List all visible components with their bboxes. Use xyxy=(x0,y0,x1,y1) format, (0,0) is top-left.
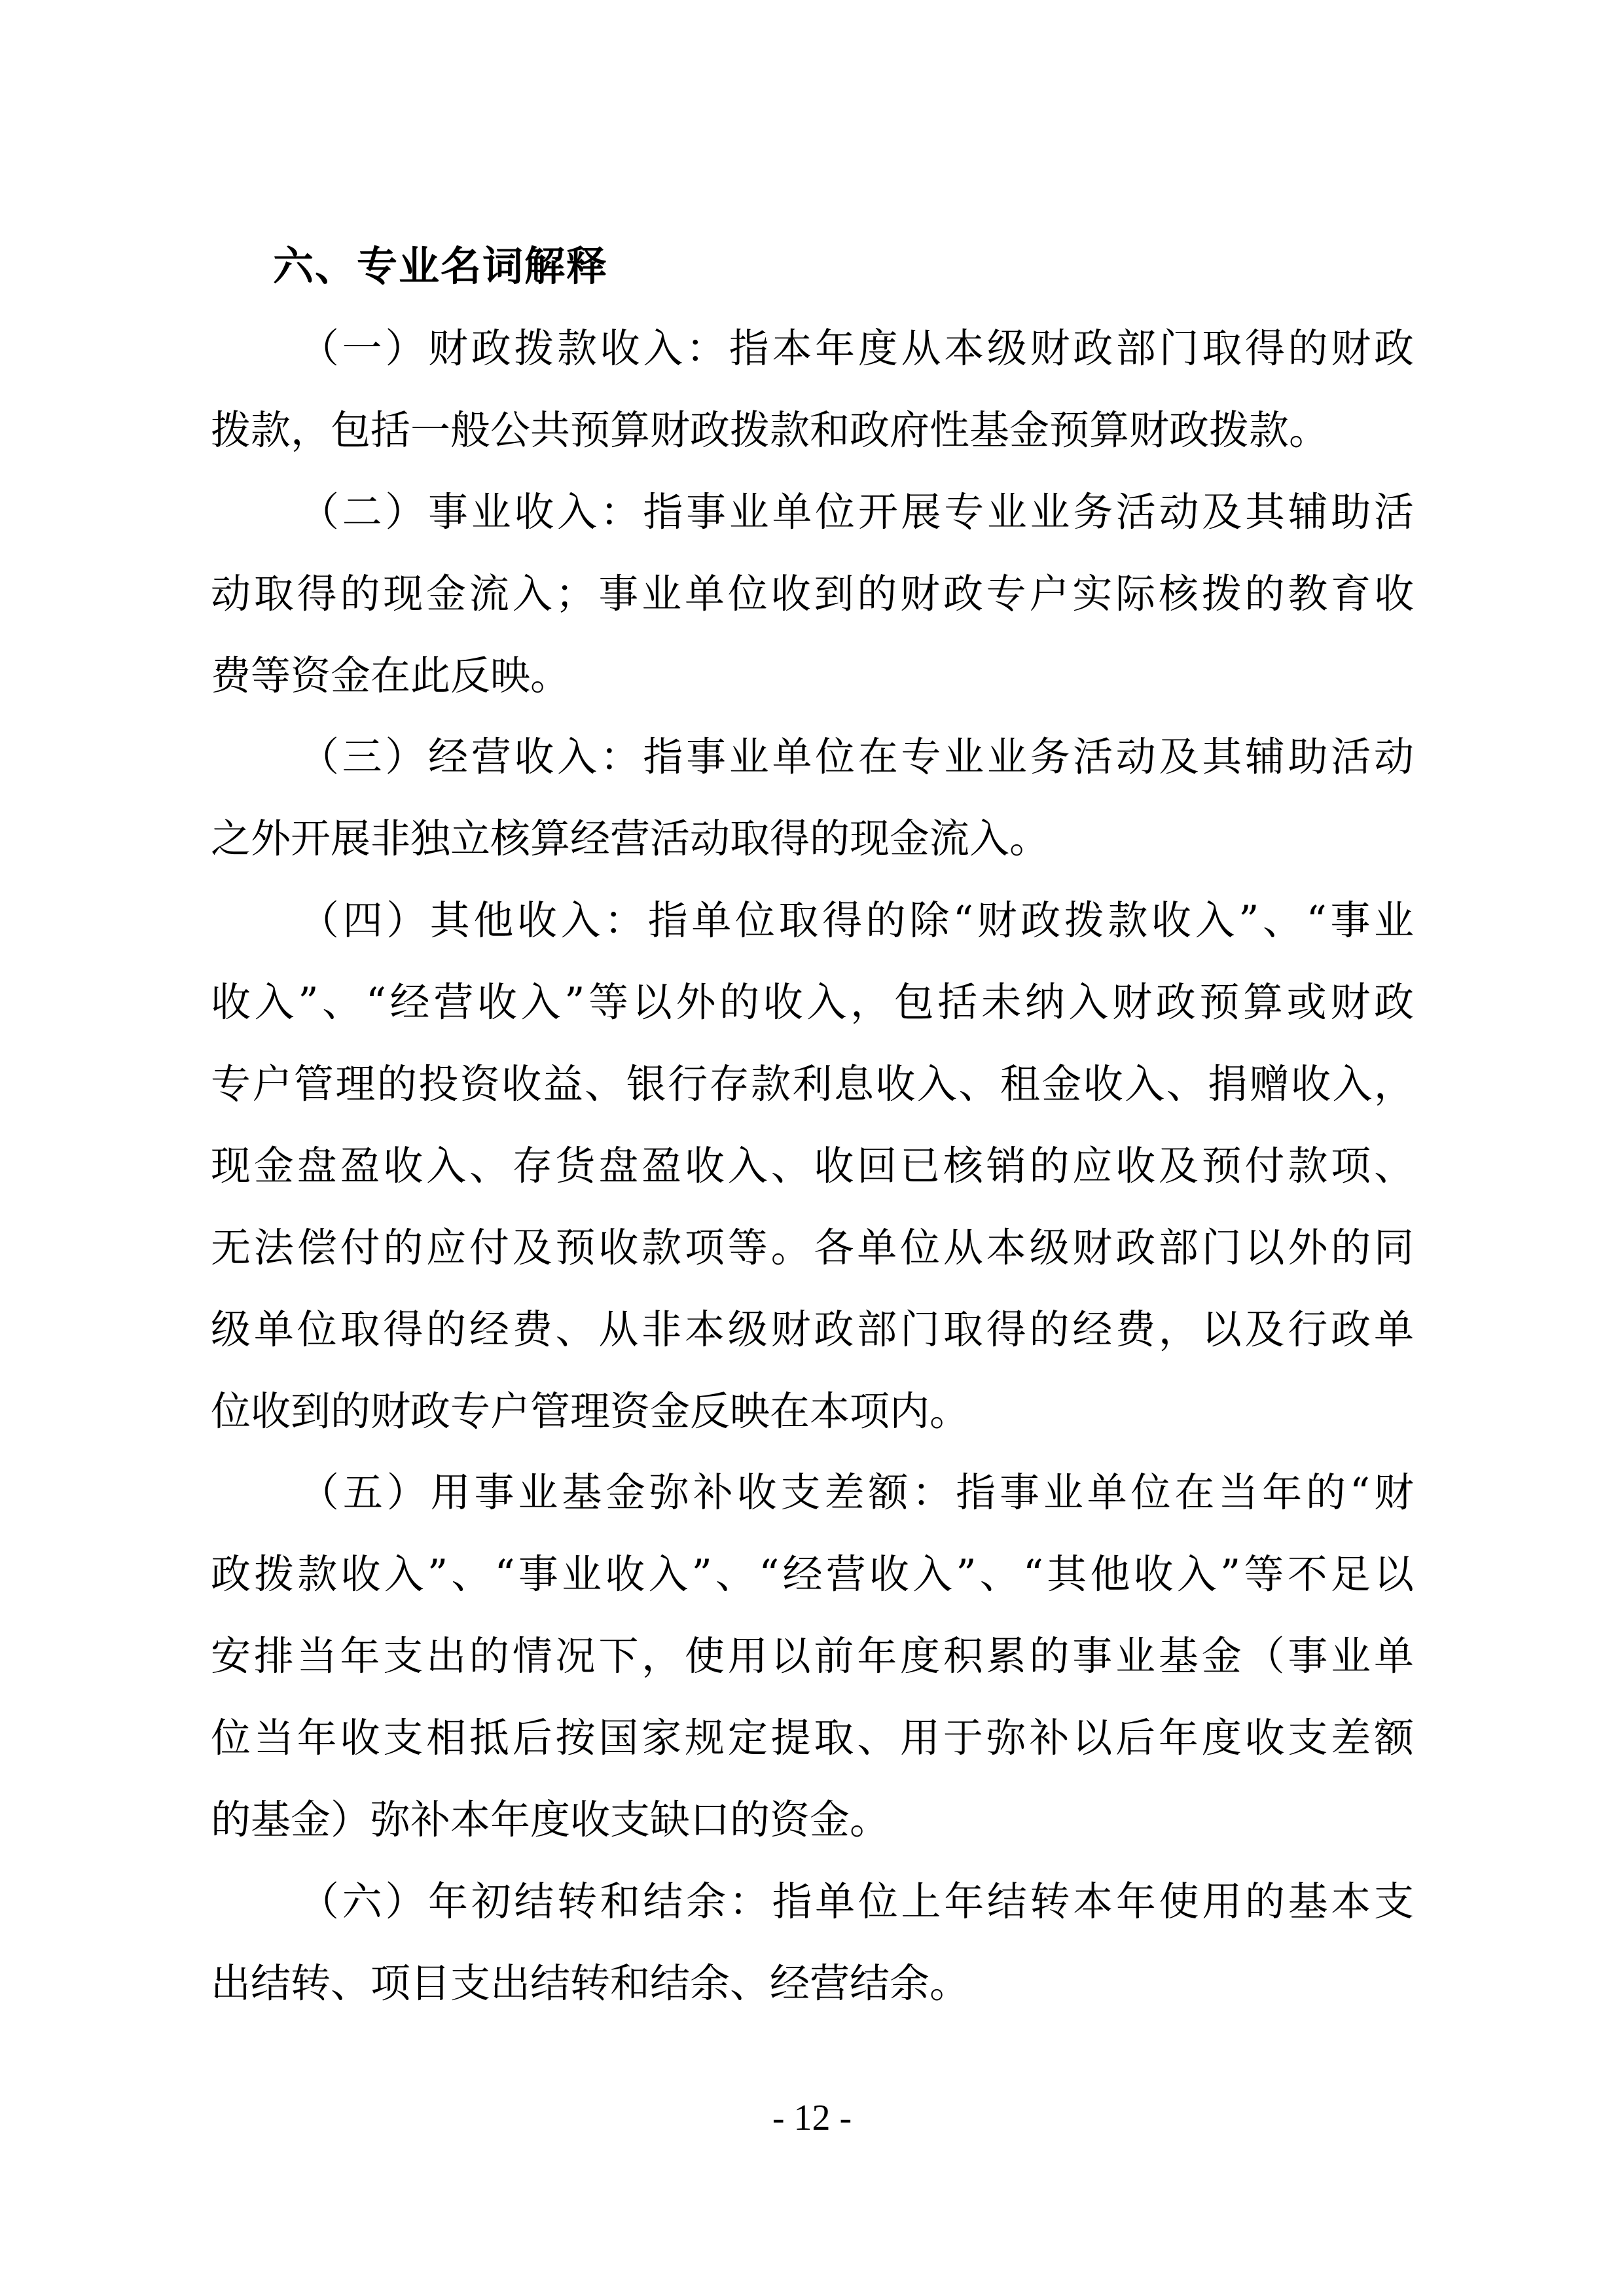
paragraph-line: （四）其他收入：指单位取得的除“财政拨款收入”、“事业 xyxy=(299,880,1414,962)
definition-paragraph-carryover-balance: （六）年初结转和结余：指单位上年结转本年使用的基本支 出结转、项目支出结转和结余… xyxy=(211,1861,1414,2025)
paragraph-line: （五）用事业基金弥补收支差额：指事业单位在当年的“财 xyxy=(299,1452,1414,1534)
paragraph-line: （二）事业收入：指事业单位开展专业业务活动及其辅助活 xyxy=(299,472,1414,554)
paragraph-line: 位当年收支相抵后按国家规定提取、用于弥补以后年度收支差额 xyxy=(211,1698,1414,1780)
paragraph-line: 级单位取得的经费、从非本级财政部门取得的经费，以及行政单 xyxy=(211,1289,1414,1371)
definition-paragraph-business-fund-offset: （五）用事业基金弥补收支差额：指事业单位在当年的“财 政拨款收入”、“事业收入”… xyxy=(211,1452,1414,1861)
paragraph-line: 安排当年支出的情况下，使用以前年度积累的事业基金（事业单 xyxy=(211,1616,1414,1698)
paragraph-line: 费等资金在此反映。 xyxy=(211,636,1414,717)
definition-paragraph-operating-income: （三）经营收入：指事业单位在专业业务活动及其辅助活动 之外开展非独立核算经营活动… xyxy=(211,717,1414,880)
paragraph-line: 收入”、“经营收入”等以外的收入，包括未纳入财政预算或财政 xyxy=(211,962,1414,1044)
paragraph-line: 无法偿付的应付及预收款项等。各单位从本级财政部门以外的同 xyxy=(211,1208,1414,1289)
paragraph-line: 位收到的财政专户管理资金反映在本项内。 xyxy=(211,1371,1414,1453)
paragraph-line: （一）财政拨款收入：指本年度从本级财政部门取得的财政 xyxy=(299,308,1414,390)
paragraph-line: 专户管理的投资收益、银行存款利息收入、租金收入、捐赠收入， xyxy=(211,1044,1414,1126)
paragraph-line: 动取得的现金流入；事业单位收到的财政专户实际核拨的教育收 xyxy=(211,554,1414,636)
paragraph-line: （三）经营收入：指事业单位在专业业务活动及其辅助活动 xyxy=(299,717,1414,798)
paragraph-line: 的基金）弥补本年度收支缺口的资金。 xyxy=(211,1780,1414,1861)
definition-paragraph-other-income: （四）其他收入：指单位取得的除“财政拨款收入”、“事业 收入”、“经营收入”等以… xyxy=(211,880,1414,1452)
paragraph-line: 现金盘盈收入、存货盘盈收入、收回已核销的应收及预付款项、 xyxy=(211,1126,1414,1208)
paragraph-line: 政拨款收入”、“事业收入”、“经营收入”、“其他收入”等不足以 xyxy=(211,1534,1414,1616)
paragraph-line: （六）年初结转和结余：指单位上年结转本年使用的基本支 xyxy=(299,1861,1414,1943)
definition-paragraph-fiscal-appropriation-income: （一）财政拨款收入：指本年度从本级财政部门取得的财政 拨款，包括一般公共预算财政… xyxy=(211,308,1414,472)
definitions-body: （一）财政拨款收入：指本年度从本级财政部门取得的财政 拨款，包括一般公共预算财政… xyxy=(211,308,1414,2025)
definition-paragraph-business-income: （二）事业收入：指事业单位开展专业业务活动及其辅助活 动取得的现金流入；事业单位… xyxy=(211,472,1414,717)
section-heading: 六、专业名词解释 xyxy=(273,225,608,307)
paragraph-line: 出结转、项目支出结转和结余、经营结余。 xyxy=(211,1943,1414,2025)
document-page: 六、专业名词解释 （一）财政拨款收入：指本年度从本级财政部门取得的财政 拨款，包… xyxy=(0,0,1624,2296)
page-number: - 12 - xyxy=(0,2092,1624,2144)
paragraph-line: 之外开展非独立核算经营活动取得的现金流入。 xyxy=(211,798,1414,880)
paragraph-line: 拨款，包括一般公共预算财政拨款和政府性基金预算财政拨款。 xyxy=(211,390,1414,472)
